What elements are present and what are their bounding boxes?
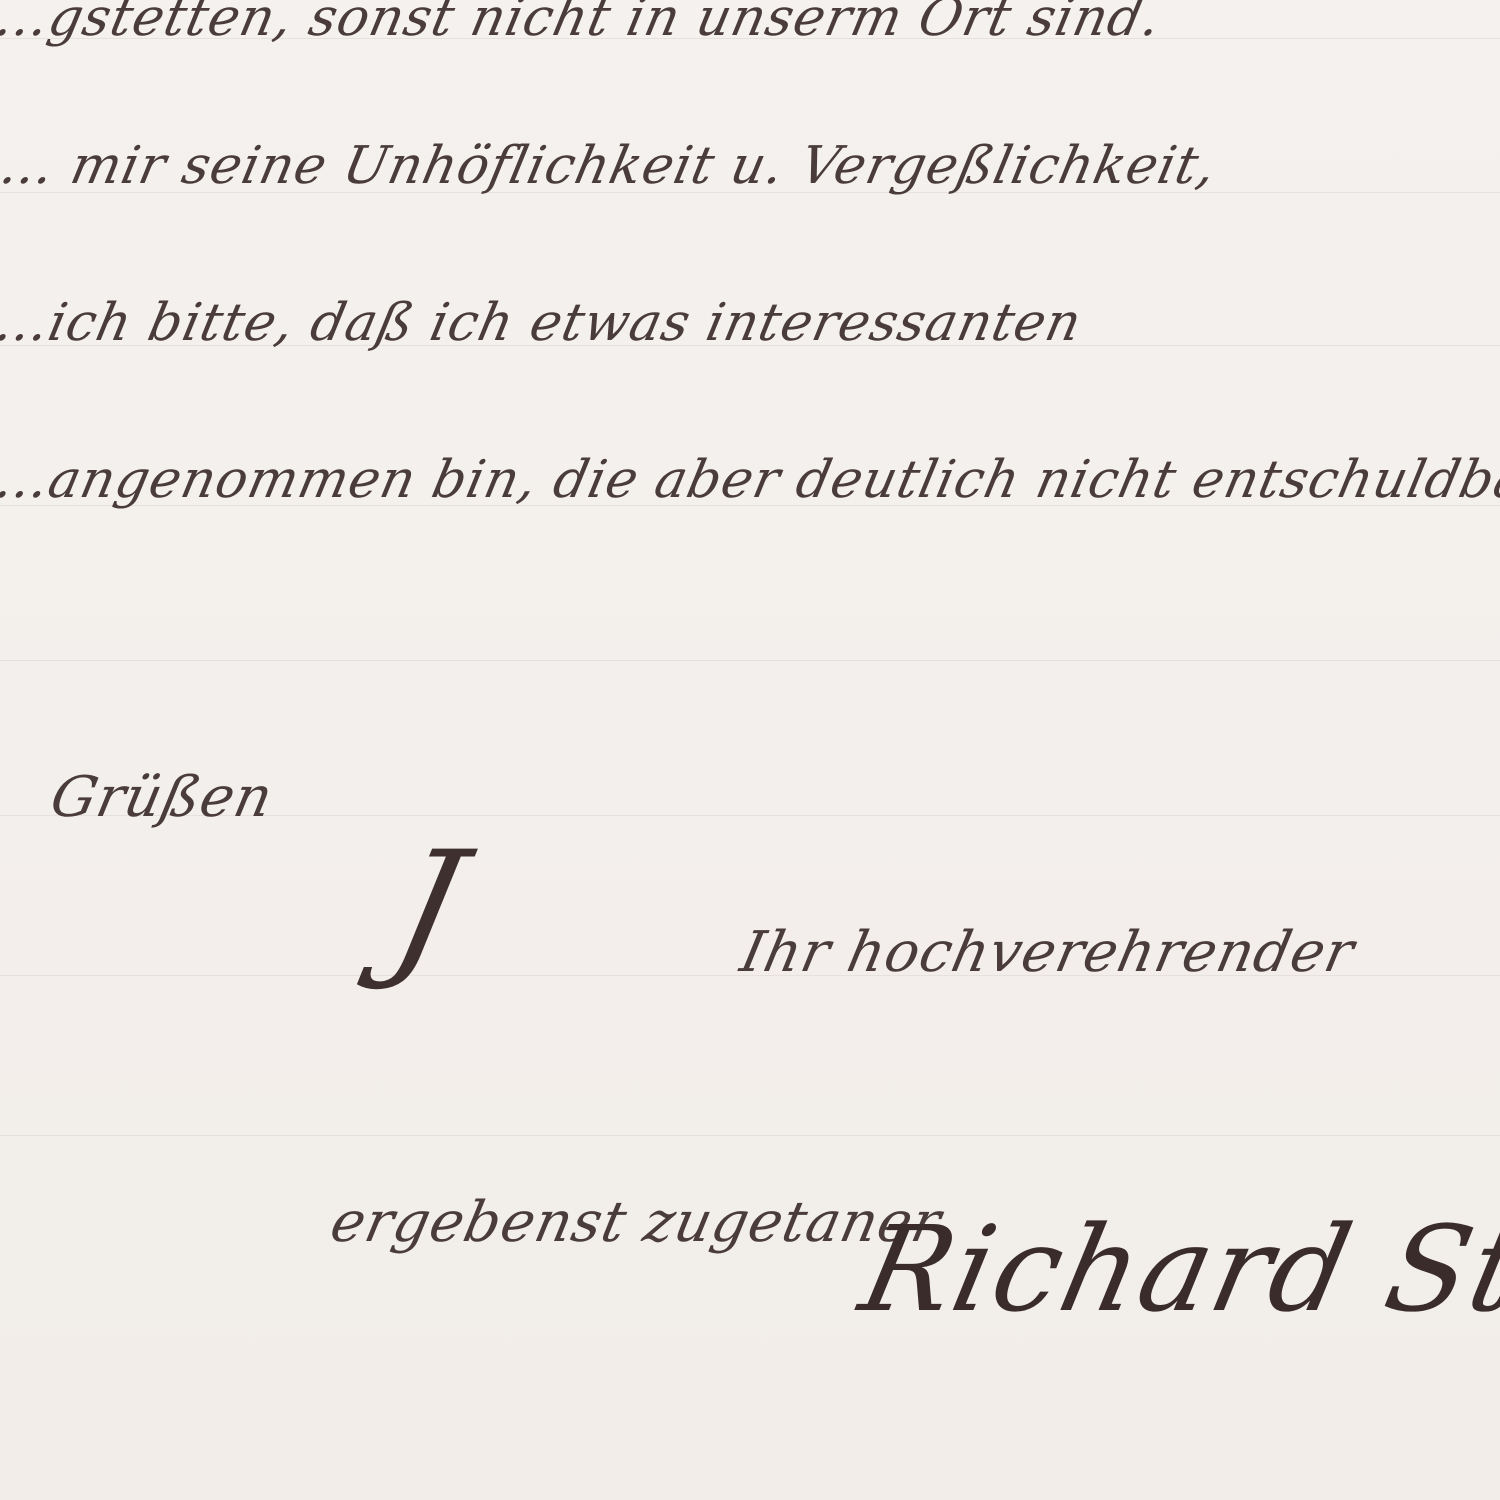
letter-line-2: … mir seine Unhöflichkeit u. Vergeßlichk… [0,136,1222,196]
letter-line-3: …ich bitte, daß ich etwas interessanten [0,293,1087,353]
letter-line-1: …gstetten, sonst nicht in unserm Ort sin… [0,0,1167,48]
closing-phrase: Ihr hochverehrender [735,920,1360,985]
letter-page: …gstetten, sonst nicht in unserm Ort sin… [0,0,1500,1500]
ruled-line [0,1135,1500,1136]
closing-phrase-2: ergebenst zugetaner [325,1190,947,1255]
signature: Richard Strauss. [850,1200,1500,1338]
ruled-line [0,660,1500,661]
closing-initial: J [380,820,478,994]
closing-greeting: Grüßen [45,765,279,830]
letter-line-4: …angenommen bin, die aber deutlich nicht… [0,450,1500,510]
